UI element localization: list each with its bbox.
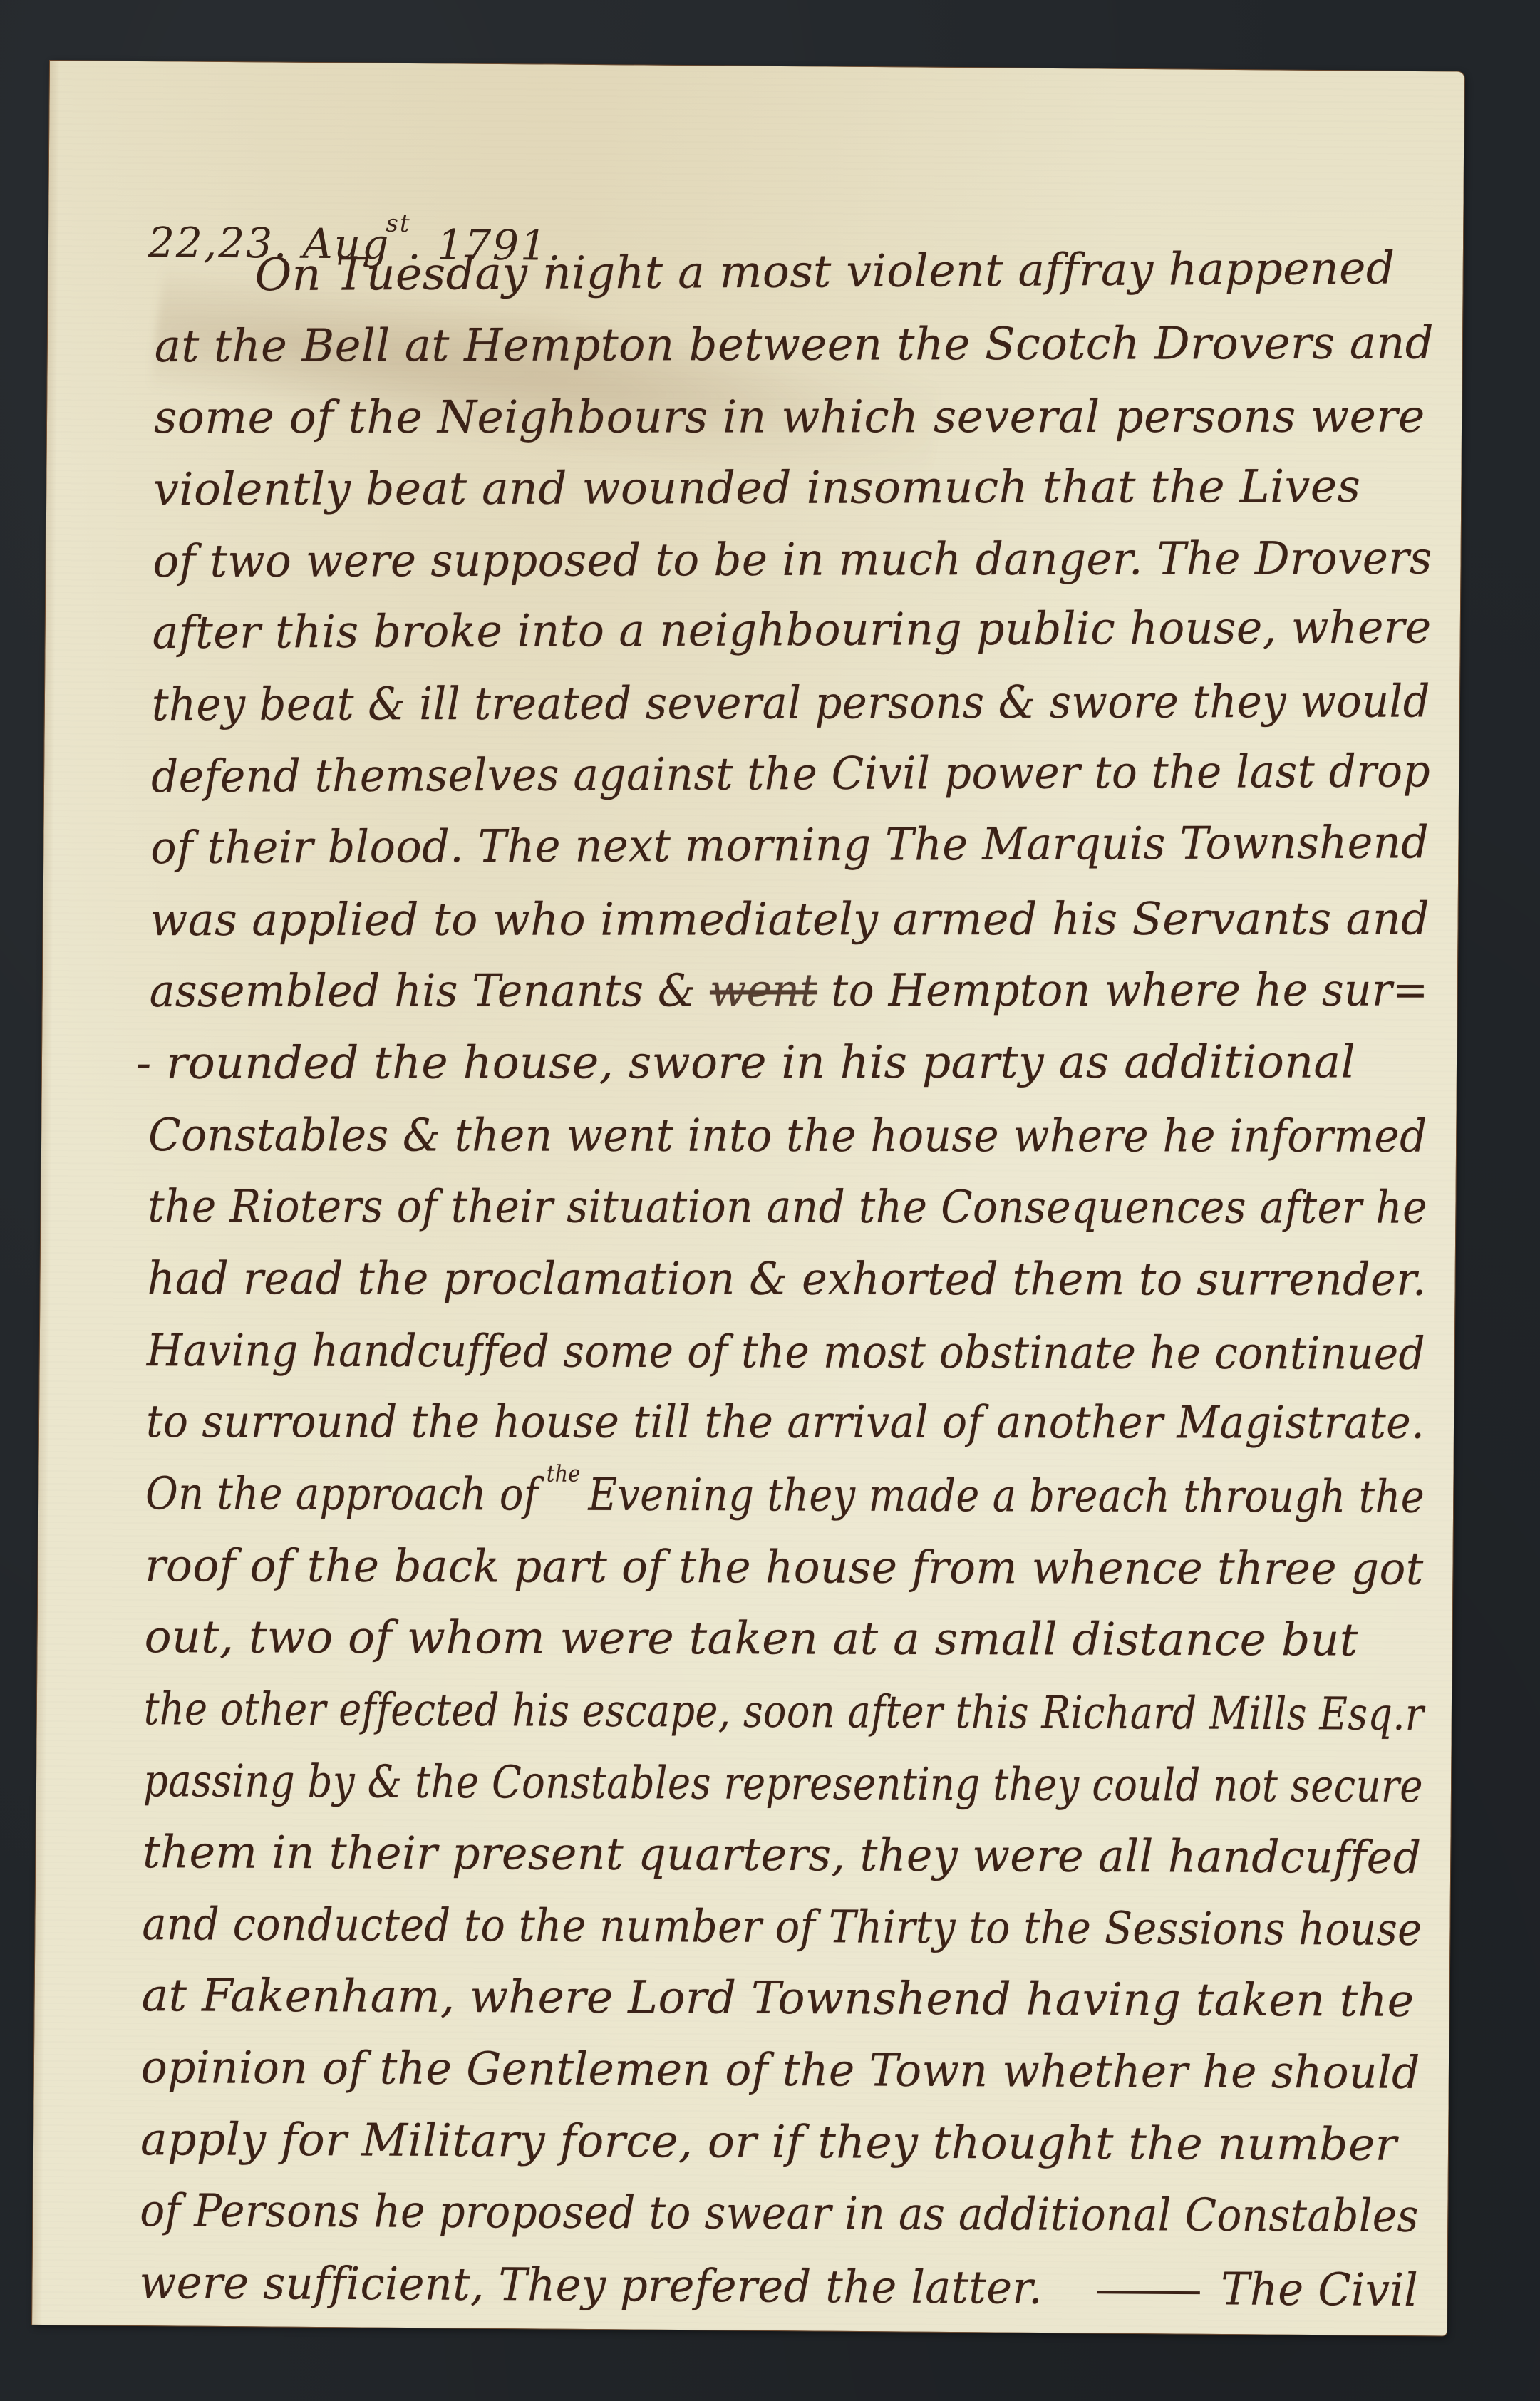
text-line: of their blood. The next morning The Mar… — [150, 816, 1429, 874]
text-line: at the Bell at Hempton between the Scotc… — [155, 316, 1434, 372]
text-line: were sufficient, They prefered the latte… — [139, 2256, 1418, 2316]
text-line: defend themselves against the Civil powe… — [151, 745, 1430, 802]
text-line: apply for Military force, or if they tho… — [140, 2113, 1397, 2171]
text-line: they beat & ill treated several persons … — [152, 675, 1430, 730]
text-line: of two were supposed to be in much dange… — [153, 532, 1432, 587]
text-line: - rounded the house, swore in his party … — [136, 1036, 1355, 1089]
text-line: opinion of the Gentlemen of the Town whe… — [141, 2041, 1420, 2099]
text-line: some of the Neighbours in which several … — [154, 391, 1425, 444]
text-line: after this broke into a neighbouring pub… — [153, 601, 1432, 659]
date-ordinal: st — [386, 210, 410, 238]
text-line: was applied to who immediately armed his… — [150, 892, 1430, 946]
text-line: them in their present quarters, they wer… — [143, 1826, 1422, 1884]
text-line: assembled his Tenants & went to Hempton … — [150, 964, 1429, 1018]
struck-word: went — [710, 965, 817, 1017]
text-line: Having handcuffed some of the most obsti… — [147, 1324, 1425, 1380]
text-line: had read the proclamation & exhorted the… — [148, 1252, 1427, 1306]
text-line: the Rioters of their situation and the C… — [148, 1180, 1427, 1234]
text-line: violently beat and wounded insomuch that… — [153, 460, 1360, 515]
text-line: out, two of whom were taken at a small d… — [145, 1611, 1358, 1666]
text-line: to surround the house till the arrival o… — [146, 1395, 1425, 1449]
text-line: Constables & then went into the house wh… — [148, 1109, 1427, 1162]
text-line: at Fakenham, where Lord Townshend having… — [142, 1970, 1415, 2028]
text-line: and conducted to the number of Thirty to… — [142, 1898, 1422, 1956]
catchword: The Civil — [1221, 2263, 1418, 2316]
text-line: On the approach of the Evening they made… — [145, 1467, 1425, 1523]
text-line: On Tuesday night a most violent affray h… — [254, 242, 1395, 301]
text-line: of Persons he proposed to swear in as ad… — [140, 2184, 1419, 2242]
text-line: passing by & the Constables representing… — [143, 1755, 1423, 1812]
manuscript-page: 22,23. Augst. 1791. On Tuesday night a m… — [32, 61, 1464, 2335]
interlinear-insertion: the — [547, 1460, 581, 1487]
text-line: roof of the back part of the house from … — [145, 1539, 1424, 1595]
catchword-dash — [1097, 2291, 1200, 2294]
text-line: the other effected his escape, soon afte… — [144, 1683, 1425, 1740]
